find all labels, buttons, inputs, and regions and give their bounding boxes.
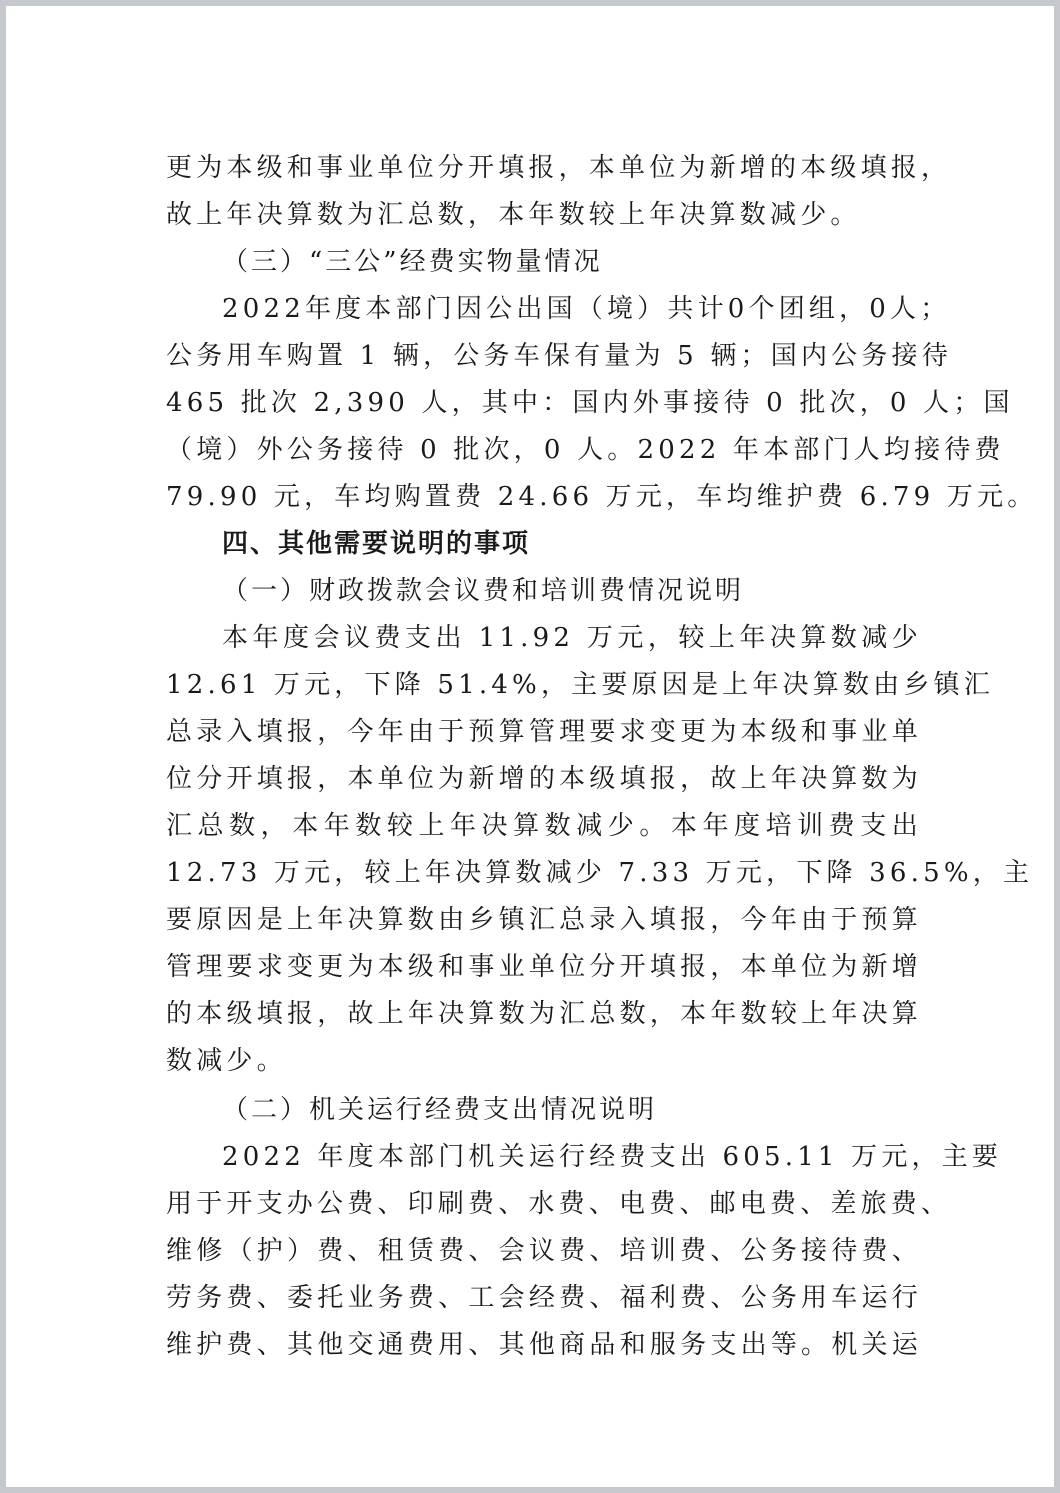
paragraph-meeting-training: 本年度会议费支出 11.92 万元，较上年决算数减少 12.61 万元，下降 5… <box>166 615 922 1085</box>
text-line: 2022 年度本部门机关运行经费支出 605.11 万元，主要 <box>166 1134 922 1181</box>
text-line: 位分开填报，本单位为新增的本级填报，故上年决算数为 <box>166 756 922 803</box>
text-line: 总录入填报，今年由于预算管理要求变更为本级和事业单 <box>166 709 922 756</box>
text-line: 劳务费、委托业务费、工会经费、福利费、公务用车运行 <box>166 1275 922 1322</box>
section-heading-other-matters: 四、其他需要说明的事项 <box>166 521 922 568</box>
text-line: 12.73 万元，较上年决算数减少 7.33 万元，下降 36.5%，主 <box>166 850 922 897</box>
subheading-meeting-training: （一）财政拨款会议费和培训费情况说明 <box>166 568 922 615</box>
text-line: 更为本级和事业单位分开填报，本单位为新增的本级填报， <box>166 145 922 192</box>
text-line: 465 批次 2,390 人，其中：国内外事接待 0 批次，0 人；国 <box>166 380 922 427</box>
text-line: 本年度会议费支出 11.92 万元，较上年决算数减少 <box>166 615 922 662</box>
text-line: 管理要求变更为本级和事业单位分开填报，本单位为新增 <box>166 944 922 991</box>
paragraph-continuation: 更为本级和事业单位分开填报，本单位为新增的本级填报， 故上年决算数为汇总数，本年… <box>166 145 922 239</box>
subheading-operating-expense: （二）机关运行经费支出情况说明 <box>166 1087 922 1134</box>
text-line: 2022年度本部门因公出国（境）共计0个团组，0人； <box>166 286 922 333</box>
paragraph-sangong-details: 2022年度本部门因公出国（境）共计0个团组，0人； 公务用车购置 1 辆，公务… <box>166 286 922 521</box>
text-line: 维护费、其他交通费用、其他商品和服务支出等。机关运 <box>166 1322 922 1369</box>
text-line: 数减少。 <box>166 1038 922 1085</box>
page-content: 更为本级和事业单位分开填报，本单位为新增的本级填报， 故上年决算数为汇总数，本年… <box>166 145 922 1369</box>
text-line: 汇总数，本年数较上年决算数减少。本年度培训费支出 <box>166 803 922 850</box>
text-line: 公务用车购置 1 辆，公务车保有量为 5 辆；国内公务接待 <box>166 333 922 380</box>
text-line: 79.90 元，车均购置费 24.66 万元，车均维护费 6.79 万元。 <box>166 474 922 521</box>
text-line: （境）外公务接待 0 批次，0 人。2022 年本部门人均接待费 <box>166 427 922 474</box>
text-line: 要原因是上年决算数由乡镇汇总录入填报，今年由于预算 <box>166 897 922 944</box>
document-page: 更为本级和事业单位分开填报，本单位为新增的本级填报， 故上年决算数为汇总数，本年… <box>6 6 1054 1487</box>
paragraph-operating-expense: 2022 年度本部门机关运行经费支出 605.11 万元，主要 用于开支办公费、… <box>166 1134 922 1369</box>
subheading-sangong-physical: （三）“三公”经费实物量情况 <box>166 239 922 286</box>
text-line: 12.61 万元，下降 51.4%，主要原因是上年决算数由乡镇汇 <box>166 662 922 709</box>
text-line: 维修（护）费、租赁费、会议费、培训费、公务接待费、 <box>166 1228 922 1275</box>
text-line: 故上年决算数为汇总数，本年数较上年决算数减少。 <box>166 192 922 239</box>
text-line: 用于开支办公费、印刷费、水费、电费、邮电费、差旅费、 <box>166 1181 922 1228</box>
text-line: 的本级填报，故上年决算数为汇总数，本年数较上年决算 <box>166 991 922 1038</box>
